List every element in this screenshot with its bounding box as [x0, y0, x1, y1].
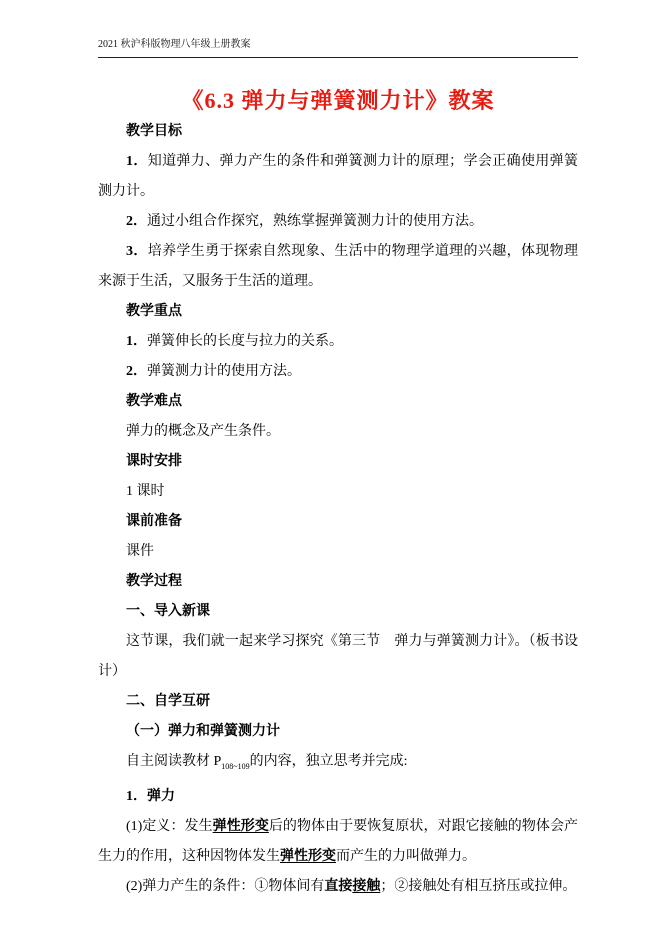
body-paragraph: 自主阅读教材 P108~109的内容，独立思考并完成: [98, 747, 578, 782]
text-run: 1 课时 [126, 484, 165, 499]
text-run: 教学难点 [126, 394, 182, 409]
section-heading: 教学重点 [98, 297, 578, 327]
text-run: 自主阅读教材 P [126, 754, 221, 769]
body-paragraph: 课件 [98, 537, 578, 567]
text-run: 通过小组合作探究，熟练掌握弹簧测力计的使用方法。 [147, 214, 483, 229]
section-heading: 教学难点 [98, 387, 578, 417]
text-run: 课件 [126, 544, 154, 559]
text-run: 课前准备 [126, 514, 182, 529]
text-run: 2． [126, 214, 147, 229]
section-heading: 课时安排 [98, 447, 578, 477]
text-run: 教学重点 [126, 304, 182, 319]
text-run: 教学目标 [126, 124, 182, 139]
section-heading: （一）弹力和弹簧测力计 [98, 717, 578, 747]
page-title: 《6.3 弹力与弹簧测力计》教案 [98, 84, 578, 115]
section-heading: 教学目标 [98, 117, 578, 147]
text-run: 培养学生勇于探索自然现象、生活中的物理学道理的兴趣，体现物理来源于生活，又服务于… [98, 244, 578, 289]
body-paragraph: 1 课时 [98, 477, 578, 507]
text-run: 课时安排 [126, 454, 182, 469]
text-run: 知道弹力、弹力产生的条件和弹簧测力计的原理；学会正确使用弹簧测力计。 [98, 154, 578, 199]
text-run: 1． [126, 334, 147, 349]
text-run: 一、导入新课 [126, 604, 210, 619]
text-run: 的内容，独立思考并完成: [250, 754, 408, 769]
body-paragraph: 3．培养学生勇于探索自然现象、生活中的物理学道理的兴趣，体现物理来源于生活，又服… [98, 237, 578, 297]
text-run: 108~109 [221, 762, 249, 771]
text-run: 接触 [352, 879, 380, 894]
page-header: 2021 秋沪科版物理八年级上册教案 [98, 38, 578, 58]
document-page: 2021 秋沪科版物理八年级上册教案 《6.3 弹力与弹簧测力计》教案 教学目标… [0, 0, 658, 932]
text-run: 弹簧伸长的长度与拉力的关系。 [147, 334, 343, 349]
text-run: (1)定义：发生 [126, 819, 213, 834]
text-run: (2)弹力产生的条件：①物体间有 [126, 879, 324, 894]
body-paragraph: 弹力的概念及产生条件。 [98, 417, 578, 447]
text-run: 二、自学互研 [126, 694, 210, 709]
section-heading: 课前准备 [98, 507, 578, 537]
section-heading: 1．弹力 [98, 782, 578, 812]
body-paragraph: 2．弹簧测力计的使用方法。 [98, 357, 578, 387]
text-run: 1． [126, 154, 148, 169]
text-run: 3． [126, 244, 148, 259]
section-heading: 一、导入新课 [98, 597, 578, 627]
text-run: （一）弹力和弹簧测力计 [126, 724, 280, 739]
body-paragraph: 1．知道弹力、弹力产生的条件和弹簧测力计的原理；学会正确使用弹簧测力计。 [98, 147, 578, 207]
text-run: 1．弹力 [126, 789, 175, 804]
section-heading: 二、自学互研 [98, 687, 578, 717]
text-run: 这节课，我们就一起来学习探究《第三节 弹力与弹簧测力计》。（板书设计） [98, 634, 578, 679]
body-paragraph: 这节课，我们就一起来学习探究《第三节 弹力与弹簧测力计》。（板书设计） [98, 627, 578, 687]
text-run: 弹性形变 [280, 849, 336, 864]
body-paragraph: 1．弹簧伸长的长度与拉力的关系。 [98, 327, 578, 357]
text-run: 弹簧测力计的使用方法。 [147, 364, 301, 379]
text-run: 弹性形变 [213, 819, 269, 834]
body-paragraph: (1)定义：发生弹性形变后的物体由于要恢复原状，对跟它接触的物体会产生力的作用，… [98, 812, 578, 872]
text-run: 教学过程 [126, 574, 182, 589]
section-heading: 教学过程 [98, 567, 578, 597]
document-body: 教学目标1．知道弹力、弹力产生的条件和弹簧测力计的原理；学会正确使用弹簧测力计。… [98, 117, 578, 902]
body-paragraph: 2．通过小组合作探究，熟练掌握弹簧测力计的使用方法。 [98, 207, 578, 237]
text-run: 2． [126, 364, 147, 379]
text-run: ；②接触处有相互挤压或拉伸。 [380, 879, 576, 894]
body-paragraph: (2)弹力产生的条件：①物体间有直接接触；②接触处有相互挤压或拉伸。 [98, 872, 578, 902]
text-run: 直接 [324, 879, 352, 894]
page-header-text: 2021 秋沪科版物理八年级上册教案 [98, 39, 251, 50]
text-run: 弹力的概念及产生条件。 [126, 424, 280, 439]
text-run: 而产生的力叫做弹力。 [336, 849, 476, 864]
